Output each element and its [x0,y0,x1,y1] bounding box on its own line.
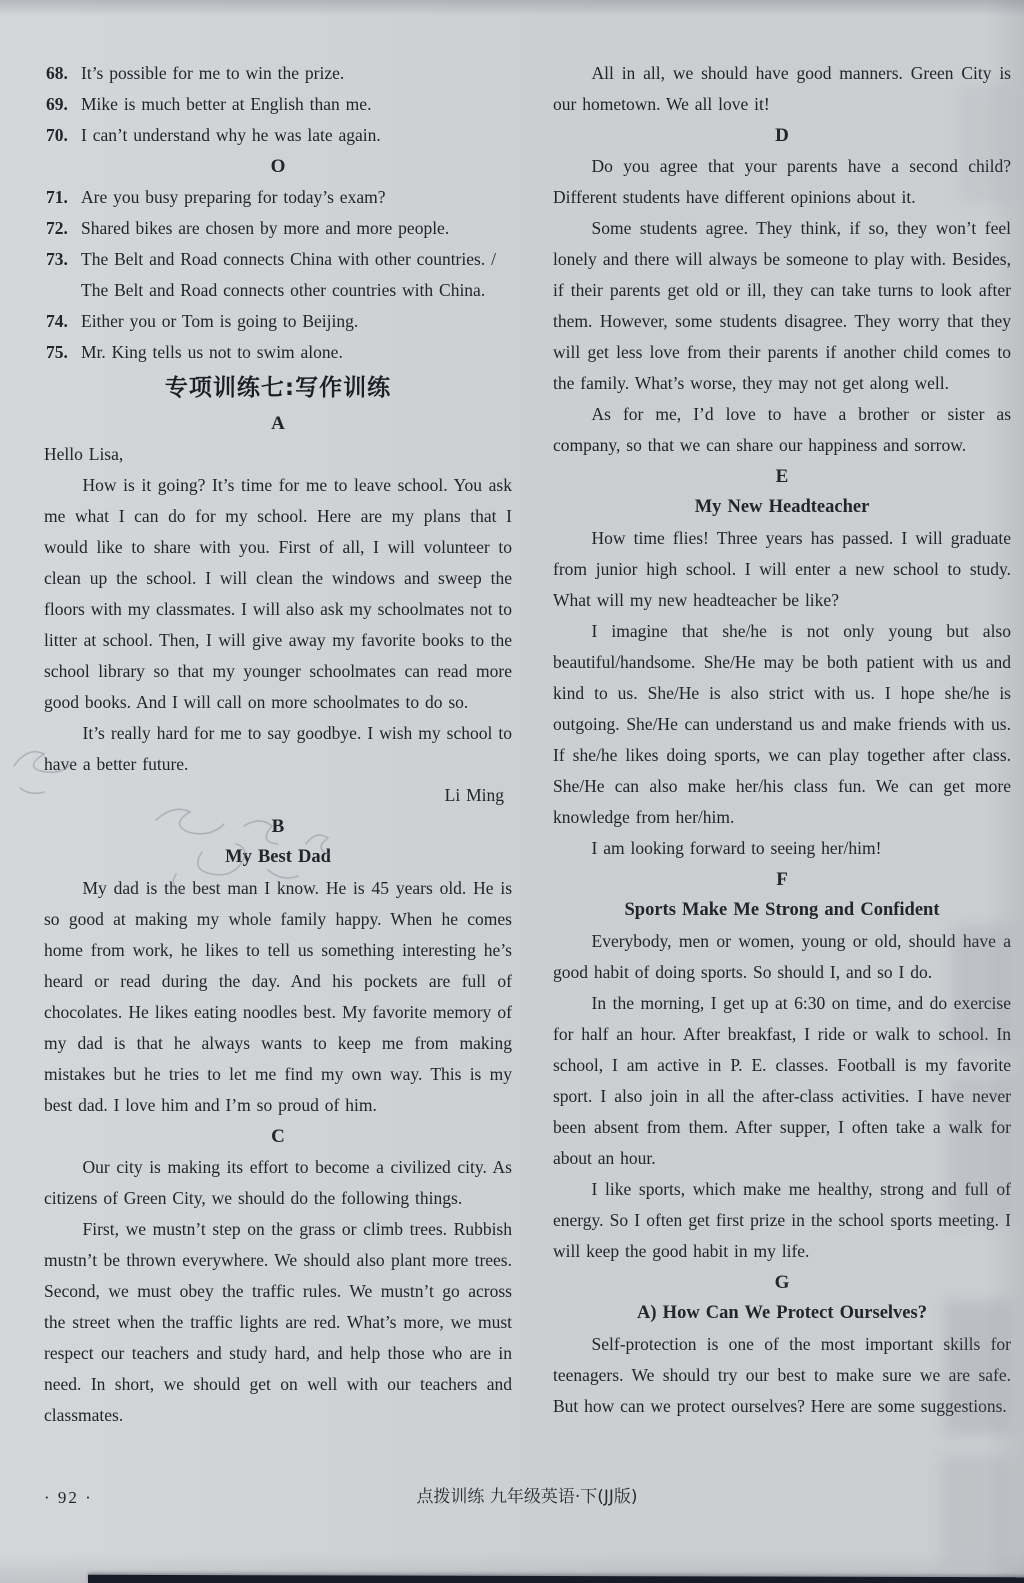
item-number: 74. [46,306,68,337]
essay-c-paragraph: Our city is making its effort to become … [44,1152,512,1214]
sentence-item-73: 73. The Belt and Road connects China wit… [44,244,512,275]
section-letter-c: C [44,1121,512,1152]
item-text: Mr. King tells us not to swim alone. [81,342,343,362]
essay-a-signature: Li Ming [44,780,512,811]
section-letter-e: E [553,461,1011,492]
essay-b-title: My Best Dad [44,842,512,873]
scanned-workbook-page: 68. It’s possible for me to win the priz… [0,0,1024,1583]
item-text: I can’t understand why he was late again… [81,125,381,145]
sentence-item-70: 70. I can’t understand why he was late a… [44,120,512,151]
essay-e-paragraph: I am looking forward to seeing her/him! [553,833,1011,864]
sentence-item-73-continued: The Belt and Road connects other countri… [44,275,512,306]
essay-a-paragraph: How is it going? It’s time for me to lea… [44,470,512,718]
essay-d-paragraph: Some students agree. They think, if so, … [553,213,1011,399]
scan-bottom-edge [88,1575,1024,1583]
section-letter-b: B [44,811,512,842]
item-text: It’s possible for me to win the prize. [81,63,344,83]
item-text: Shared bikes are chosen by more and more… [81,218,449,238]
essay-d-paragraph: Do you agree that your parents have a se… [553,151,1011,213]
item-text: The Belt and Road connects China with ot… [81,249,496,269]
essay-f-paragraph: Everybody, men or women, young or old, s… [553,926,1011,988]
essay-a-paragraph: It’s really hard for me to say goodbye. … [44,718,512,780]
item-number: 72. [46,213,68,244]
section-letter-f: F [553,864,1011,895]
essay-e-paragraph: How time flies! Three years has passed. … [553,523,1011,616]
item-number: 75. [46,337,68,368]
item-number: 73. [46,244,68,275]
unit-title: 专项训练七:写作训练 [44,368,512,408]
left-column: 68. It’s possible for me to win the priz… [44,58,512,1431]
essay-e-paragraph: I imagine that she/he is not only young … [553,616,1011,833]
item-number: 70. [46,120,68,151]
essay-c-paragraph-continued: All in all, we should have good manners.… [553,58,1011,120]
sentence-item-68: 68. It’s possible for me to win the priz… [44,58,512,89]
essay-g-title: A) How Can We Protect Ourselves? [553,1298,1011,1329]
sentence-item-74: 74. Either you or Tom is going to Beijin… [44,306,512,337]
essay-a-salutation: Hello Lisa, [44,439,512,470]
section-letter-o: O [44,151,512,182]
item-text: Mike is much better at English than me. [81,94,371,114]
right-column: All in all, we should have good manners.… [553,58,1011,1422]
essay-g-paragraph: Self-protection is one of the most impor… [553,1329,1011,1422]
book-title: 点拨训练 九年级英语·下(JJ版) [44,1482,1010,1513]
sentence-item-72: 72. Shared bikes are chosen by more and … [44,213,512,244]
sentence-item-69: 69. Mike is much better at English than … [44,89,512,120]
essay-f-paragraph: In the morning, I get up at 6:30 on time… [553,988,1011,1174]
essay-b-paragraph: My dad is the best man I know. He is 45 … [44,873,512,1121]
section-letter-d: D [553,120,1011,151]
essay-f-paragraph: I like sports, which make me healthy, st… [553,1174,1011,1267]
essay-e-title: My New Headteacher [553,492,1011,523]
item-text: Either you or Tom is going to Beijing. [81,311,358,331]
essay-f-title: Sports Make Me Strong and Confident [553,895,1011,926]
section-letter-g: G [553,1267,1011,1298]
item-number: 69. [46,89,68,120]
page-footer: · 92 · 点拨训练 九年级英语·下(JJ版) [44,1482,1010,1513]
item-number: 68. [46,58,68,89]
item-number: 71. [46,182,68,213]
essay-d-paragraph: As for me, I’d love to have a brother or… [553,399,1011,461]
section-letter-a: A [44,408,512,439]
sentence-item-75: 75. Mr. King tells us not to swim alone. [44,337,512,368]
essay-c-paragraph: First, we mustn’t step on the grass or c… [44,1214,512,1431]
item-text: Are you busy preparing for today’s exam? [81,187,385,207]
sentence-item-71: 71. Are you busy preparing for today’s e… [44,182,512,213]
